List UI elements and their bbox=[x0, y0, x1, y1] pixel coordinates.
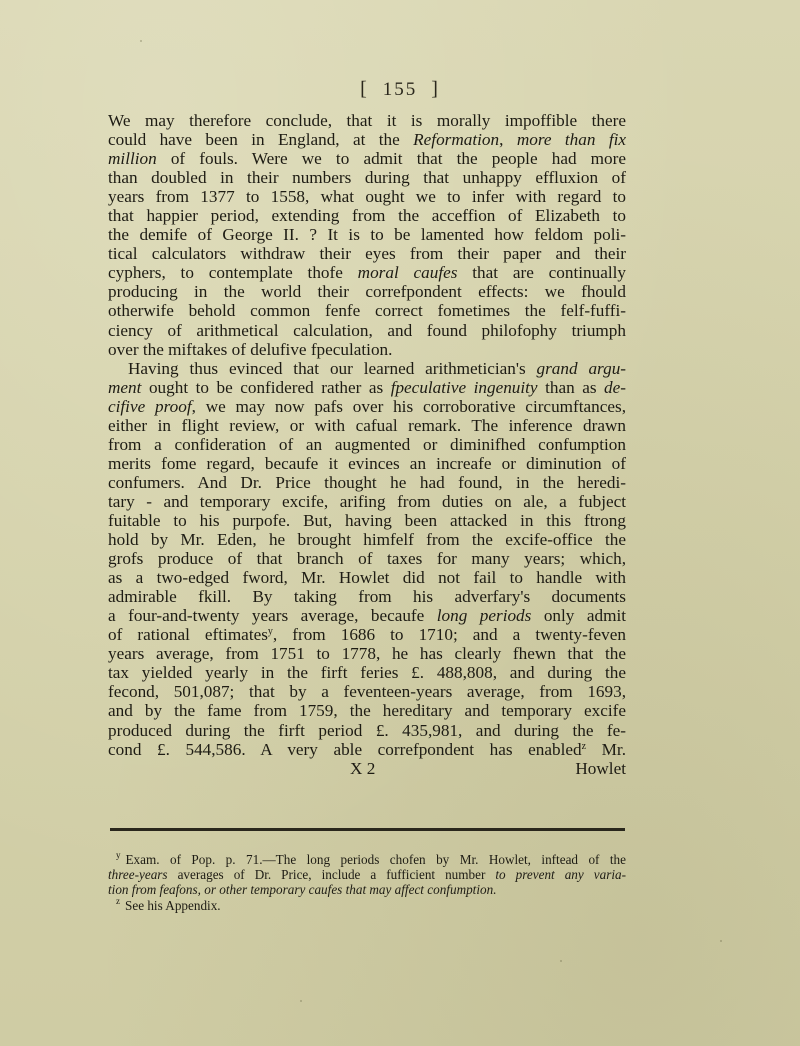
text-run: otherwife behold common fenfe correct fo… bbox=[108, 301, 626, 320]
text-run: that are continually bbox=[457, 263, 626, 282]
text-line: a four-and-twenty years average, becaufe… bbox=[108, 606, 626, 625]
text-run: as a two-edged fword, Mr. Howlet did not… bbox=[108, 568, 626, 587]
text-run: ought to be confidered rather as bbox=[141, 378, 390, 397]
italic-run: three-years bbox=[108, 867, 168, 882]
italic-run: fpeculative ingenuity bbox=[391, 378, 538, 397]
text-run: merits fome regard, becaufe it evinces a… bbox=[108, 454, 626, 473]
text-line: grofs produce of that branch of taxes fo… bbox=[108, 549, 626, 568]
text-line: cyphers, to contemplate thofe moral cauf… bbox=[108, 263, 626, 282]
text-run: over the miftakes of delufive fpeculatio… bbox=[108, 340, 392, 359]
text-line: fuitable to his purpofe. But, having bee… bbox=[108, 511, 626, 530]
footnote-line: yExam. of Pop. p. 71.—The long periods c… bbox=[108, 852, 626, 867]
footnote-line: zSee his Appendix. bbox=[108, 898, 626, 913]
paper-speck bbox=[560, 960, 562, 962]
italic-run: million bbox=[108, 149, 157, 168]
catchline: X 2Howlet bbox=[108, 759, 626, 778]
text-run: that happier period, extending from the … bbox=[108, 206, 626, 225]
text-run: Having thus evinced that our learned ari… bbox=[128, 359, 537, 378]
text-line: could have been in England, at the Refor… bbox=[108, 130, 626, 149]
text-run: than as bbox=[538, 378, 604, 397]
text-line: million of fouls. Were we to admit that … bbox=[108, 149, 626, 168]
text-line: Having thus evinced that our learned ari… bbox=[108, 359, 626, 378]
text-line: cond £. 544,586. A very able correfponde… bbox=[108, 740, 626, 759]
text-line: years average, from 1751 to 1778, he has… bbox=[108, 644, 626, 663]
paper-speck bbox=[620, 160, 622, 162]
footnote-marker: y bbox=[116, 850, 121, 860]
footnote-rule bbox=[110, 828, 625, 831]
text-run: could have been in England, at the bbox=[108, 130, 413, 149]
text-line: tical calculators withdraw their eyes fr… bbox=[108, 244, 626, 263]
text-line: the demife of George II. ? It is to be l… bbox=[108, 225, 626, 244]
bracket-close: ] bbox=[431, 78, 440, 100]
text-line: from a confideration of an augmented or … bbox=[108, 435, 626, 454]
text-line: than doubled in their numbers during tha… bbox=[108, 168, 626, 187]
text-line: produced during the firft period £. 435,… bbox=[108, 721, 626, 740]
text-line: tary - and temporary excife, arifing fro… bbox=[108, 492, 626, 511]
text-run: confumers. And Dr. Price thought he had … bbox=[108, 473, 626, 492]
text-run: cond £. 544,586. A very able correfponde… bbox=[108, 740, 582, 759]
text-run: from a confideration of an augmented or … bbox=[108, 435, 626, 454]
text-line: ciency of arithmetical calculation, and … bbox=[108, 321, 626, 340]
text-run: tical calculators withdraw their eyes fr… bbox=[108, 244, 626, 263]
text-run: than doubled in their numbers during tha… bbox=[108, 168, 626, 187]
text-run: either in flight review, or with cafual … bbox=[108, 416, 626, 435]
text-run: averages of Dr. Price, include a fuffici… bbox=[168, 867, 496, 882]
italic-run: Reformation bbox=[413, 130, 499, 149]
text-line: hold by Mr. Eden, he brought himfelf fro… bbox=[108, 530, 626, 549]
paper-speck bbox=[140, 40, 142, 42]
italic-run: to prevent any varia- bbox=[495, 867, 626, 882]
text-run: years from 1377 to 1558, what ought we t… bbox=[108, 187, 626, 206]
text-line: years from 1377 to 1558, what ought we t… bbox=[108, 187, 626, 206]
footnote-line: tion from feafons, or other temporary ca… bbox=[108, 882, 626, 897]
text-line: otherwife behold common fenfe correct fo… bbox=[108, 301, 626, 320]
text-run: , bbox=[499, 130, 517, 149]
text-line: We may therefore conclude, that it is mo… bbox=[108, 111, 626, 130]
italic-run: tion from feafons, or other temporary ca… bbox=[108, 882, 497, 897]
italic-run: cifive proof bbox=[108, 397, 192, 416]
page-number-value: 155 bbox=[383, 79, 418, 100]
book-page: [155] We may therefore conclude, that it… bbox=[0, 0, 800, 1046]
italic-run: de- bbox=[604, 378, 626, 397]
footnote-line: three-years averages of Dr. Price, inclu… bbox=[108, 867, 626, 882]
text-run: of fouls. Were we to admit that the peop… bbox=[157, 149, 626, 168]
text-run: Exam. of Pop. p. 71.—The long periods ch… bbox=[126, 852, 627, 867]
text-line: admirable fkill. By taking from his adve… bbox=[108, 587, 626, 606]
italic-run: grand argu- bbox=[537, 359, 627, 378]
text-run: cyphers, to contemplate thofe bbox=[108, 263, 358, 282]
text-run: and by the fame from 1759, the hereditar… bbox=[108, 701, 626, 720]
text-run: a four-and-twenty years average, becaufe bbox=[108, 606, 437, 625]
text-line: either in flight review, or with cafual … bbox=[108, 416, 626, 435]
text-line: tax yielded yearly in the firft feries £… bbox=[108, 663, 626, 682]
text-run: fuitable to his purpofe. But, having bee… bbox=[108, 511, 626, 530]
text-run: fecond, 501,087; that by a feventeen-yea… bbox=[108, 682, 626, 701]
italic-run: more than fix bbox=[517, 130, 626, 149]
text-line: over the miftakes of delufive fpeculatio… bbox=[108, 340, 626, 359]
paper-speck bbox=[300, 1000, 302, 1002]
text-run: , we may now pafs over his corroborative… bbox=[192, 397, 626, 416]
text-run: Mr. bbox=[586, 740, 626, 759]
text-line: of rational eftimatesy, from 1686 to 171… bbox=[108, 625, 626, 644]
text-run: hold by Mr. Eden, he brought himfelf fro… bbox=[108, 530, 626, 549]
text-run: years average, from 1751 to 1778, he has… bbox=[108, 644, 626, 663]
italic-run: long periods bbox=[437, 606, 532, 625]
footnotes: yExam. of Pop. p. 71.—The long periods c… bbox=[108, 852, 626, 913]
text-run: only admit bbox=[531, 606, 626, 625]
page-number: [155] bbox=[330, 78, 470, 101]
text-run: We may therefore conclude, that it is mo… bbox=[108, 111, 626, 130]
text-line: fecond, 501,087; that by a feventeen-yea… bbox=[108, 682, 626, 701]
text-line: cifive proof, we may now pafs over his c… bbox=[108, 397, 626, 416]
text-line: merits fome regard, becaufe it evinces a… bbox=[108, 454, 626, 473]
text-run: , from 1686 to 1710; and a twenty-feven bbox=[273, 625, 626, 644]
text-line: producing in the world their correfponde… bbox=[108, 282, 626, 301]
text-run: produced during the firft period £. 435,… bbox=[108, 721, 626, 740]
text-run: tax yielded yearly in the firft feries £… bbox=[108, 663, 626, 682]
italic-run: ment bbox=[108, 378, 141, 397]
text-run: See his Appendix. bbox=[125, 898, 221, 913]
bracket-open: [ bbox=[360, 78, 369, 100]
body-text: We may therefore conclude, that it is mo… bbox=[108, 111, 626, 778]
text-run: the demife of George II. ? It is to be l… bbox=[108, 225, 626, 244]
catchword: Howlet bbox=[575, 759, 626, 778]
italic-run: moral caufes bbox=[358, 263, 458, 282]
text-run: tary - and temporary excife, arifing fro… bbox=[108, 492, 626, 511]
text-line: that happier period, extending from the … bbox=[108, 206, 626, 225]
text-run: ciency of arithmetical calculation, and … bbox=[108, 321, 626, 340]
paper-speck bbox=[720, 940, 722, 942]
text-run: grofs produce of that branch of taxes fo… bbox=[108, 549, 626, 568]
footnote-marker: z bbox=[116, 896, 120, 906]
text-line: ment ought to be confidered rather as fp… bbox=[108, 378, 626, 397]
text-run: producing in the world their correfponde… bbox=[108, 282, 626, 301]
text-line: confumers. And Dr. Price thought he had … bbox=[108, 473, 626, 492]
signature-mark: X 2 bbox=[350, 759, 375, 778]
text-line: and by the fame from 1759, the hereditar… bbox=[108, 701, 626, 720]
text-run: of rational eftimates bbox=[108, 625, 268, 644]
text-line: as a two-edged fword, Mr. Howlet did not… bbox=[108, 568, 626, 587]
text-run: admirable fkill. By taking from his adve… bbox=[108, 587, 626, 606]
